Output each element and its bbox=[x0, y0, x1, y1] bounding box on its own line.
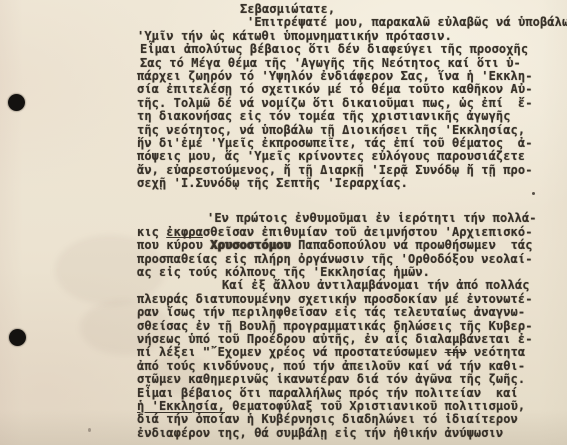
text-line: ἐνδιαφέρον της, θά συμβάλῃ εἰς τήν ἠθική… bbox=[137, 427, 555, 440]
text-line: τῆς νεότητος, νά ὑποβάλω τῇ Διοικήσει τῆ… bbox=[137, 124, 555, 137]
text-segment: τῆς νεότητος, νά ὑποβάλω τῇ Διοικήσει τῆ… bbox=[137, 123, 525, 137]
text-segment: ραν ἴσως τήν περιληφθεῖσαν εἰς τάς τελευ… bbox=[137, 305, 525, 319]
text-line: Εἶμαι ἀπολύτως βέβαιος ὅτι δέν διαφεύγει… bbox=[137, 43, 555, 56]
text-segment: κύρου bbox=[166, 238, 203, 252]
text-segment: Σεβασμιώτατε, bbox=[240, 2, 335, 16]
scanned-letter-page: Σεβασμιώτατε,'Επιτρέψατέ μου, παρακαλῶ ε… bbox=[0, 0, 567, 445]
text-line: που κύρου Χρυσοστόμου Παπαδοπούλου νά πρ… bbox=[137, 239, 555, 252]
text-segment: τήν bbox=[445, 345, 467, 359]
text-segment: ας εἰς τούς κόλπους τῆς 'Εκκλησίας ἡμῶν. bbox=[137, 265, 430, 279]
text-segment: τη διακονήσας εἰς τόν τομέα τῆς χριστιαν… bbox=[137, 109, 511, 123]
text-segment: ἀπό τούς κινδύνους, πού τήν ἀπειλοῦν καί… bbox=[137, 359, 525, 373]
stray-ink-mark bbox=[88, 428, 91, 432]
text-segment: 'Επιτρέψατέ μου, παρακαλῶ εὐλαβῶς νά ὑπο… bbox=[247, 15, 567, 29]
text-segment: πλευράς διατυπουμένην σχετικήν προσδοκία… bbox=[137, 292, 533, 306]
text-segment: πί λέξει "῎Εχομεν χρέος νά προστατεύσωμε… bbox=[137, 345, 445, 359]
text-line: Εἶμαι βέβαιος ὅτι παραλλήλως πρός τήν πο… bbox=[137, 387, 555, 400]
text-segment: σεχῇ 'Ι.Συνόδῳ τῆς Σεπτῆς 'Ιεραρχίας. bbox=[137, 176, 408, 190]
text-line: Καί ἐξ ἄλλου ἀντιλαμβάνομαι τήν ἀπό πολλ… bbox=[137, 279, 555, 292]
text-segment: προσπαθείας εἰς πλήρη ὀργάνωσιν τῆς 'Ορθ… bbox=[137, 252, 533, 266]
text-segment: ἥν δι'ἐμέ 'Υμεῖς ἐκπροσωπεῖτε, τάς ἐπί τ… bbox=[137, 136, 533, 150]
text-segment: κις ἐκφρασθεῖσαν ἐπιθυμίαν τοῦ ἀειμνήστο… bbox=[137, 225, 533, 239]
text-segment: τῆς. Τολμῶ δέ νά νομίζω ὅτι δικαιοῦμαι π… bbox=[137, 96, 533, 110]
text-line: πί λέξει "῎Εχομεν χρέος νά προστατεύσωμε… bbox=[137, 346, 555, 359]
text-segment: πόψεις μου, ἅς 'Υμεῖς κρίνοντες εὐλόγους… bbox=[137, 149, 525, 163]
text-segment: ἄν, εὐαρεστούμενος, ἤ τῇ Διαρκῇ 'Ιερᾷ Συ… bbox=[137, 163, 533, 177]
text-segment: Καί ἐξ ἄλλου ἀντιλαμβάνομαι τήν ἀπό πολλ… bbox=[222, 278, 530, 292]
text-segment: σία ἐπιτελέσῃ τό σχετικόν μέ τό θέμα τοῦ… bbox=[137, 82, 533, 96]
text-line: Σας τό Μέγα θέμα τῆς 'Αγωγῆς τῆς Νεότητο… bbox=[137, 57, 555, 70]
punch-hole-bottom bbox=[9, 329, 26, 346]
text-segment: στῶμεν καθημερινῶς ἱκανωτέραν διά τόν ἀγ… bbox=[137, 372, 525, 386]
punch-hole-top bbox=[8, 94, 25, 111]
text-line: στῶμεν καθημερινῶς ἱκανωτέραν διά τόν ἀγ… bbox=[137, 373, 555, 386]
text-segment: 'Υμῖν τήν ὡς κάτωθι ὑπομνηματικήν πρότασ… bbox=[137, 29, 452, 43]
text-line: σθείσας ἐν τῇ Βουλῇ προγραμματικάς δηλώσ… bbox=[137, 320, 555, 333]
text-segment: ἐνδιαφέρον της, θά συμβάλῃ εἰς τήν ἠθική… bbox=[137, 426, 503, 440]
text-line: πόψεις μου, ἅς 'Υμεῖς κρίνοντες εὐλόγους… bbox=[137, 150, 555, 163]
text-segment: διά τήν ὁποίαν ἡ Κυβέρνησις διαδηλώνει τ… bbox=[137, 412, 518, 426]
text-segment: Χρυσοστόμου bbox=[210, 238, 291, 252]
text-line: 'Επιτρέψατέ μου, παρακαλῶ εὐλαβῶς νά ὑπο… bbox=[137, 16, 555, 29]
text-line: τη διακονήσας εἰς τόν τομέα τῆς χριστιαν… bbox=[137, 110, 555, 123]
text-segment: θεματοφύλαξ τοῦ Χριστιανικοῦ πολιτισμοῦ, bbox=[225, 399, 525, 413]
text-segment: πάρχει ζωηρόν τό 'Υψηλόν ἐνδιάφερον Σας,… bbox=[137, 69, 533, 83]
text-line: σία ἐπιτελέσῃ τό σχετικόν μέ τό θέμα τοῦ… bbox=[137, 83, 555, 96]
text-line: ραν ἴσως τήν περιληφθεῖσαν εἰς τάς τελευ… bbox=[137, 306, 555, 319]
text-segment: Εἶμαι βέβαιος ὅτι παραλλήλως πρός τήν πο… bbox=[137, 386, 518, 400]
text-segment: σθείσας ἐν τῇ Βουλῇ προγραμματικάς δηλώσ… bbox=[137, 319, 533, 333]
text-line: σεχῇ 'Ι.Συνόδῳ τῆς Σεπτῆς 'Ιεραρχίας. bbox=[137, 177, 555, 190]
text-segment: ἡ 'Εκκλησία, bbox=[137, 399, 225, 413]
text-segment: που bbox=[137, 238, 166, 252]
text-segment: 'Εν πρώτοις ἐνθυμοῦμαι ἐν ἱερότητι τήν π… bbox=[207, 211, 537, 225]
letter-body: Σεβασμιώτατε,'Επιτρέψατέ μου, παρακαλῶ ε… bbox=[137, 3, 555, 440]
text-segment: Σας τό Μέγα θέμα τῆς 'Αγωγῆς τῆς Νεότητο… bbox=[140, 56, 521, 70]
text-line: 'Εν πρώτοις ἐνθυμοῦμαι ἐν ἱερότητι τήν π… bbox=[137, 212, 555, 225]
text-segment: Παπαδοπούλου νά προωθήσωμεν τάς bbox=[291, 238, 533, 252]
text-segment: νεότητα bbox=[467, 345, 526, 359]
text-segment: Εἶμαι ἀπολύτως βέβαιος ὅτι δέν διαφεύγει… bbox=[140, 42, 528, 56]
text-segment: νήσεως ὑπό τοῦ Προέδρου αὐτῆς, ἐν αἷς δι… bbox=[137, 332, 533, 346]
text-line: διά τήν ὁποίαν ἡ Κυβέρνησις διαδηλώνει τ… bbox=[137, 413, 555, 426]
